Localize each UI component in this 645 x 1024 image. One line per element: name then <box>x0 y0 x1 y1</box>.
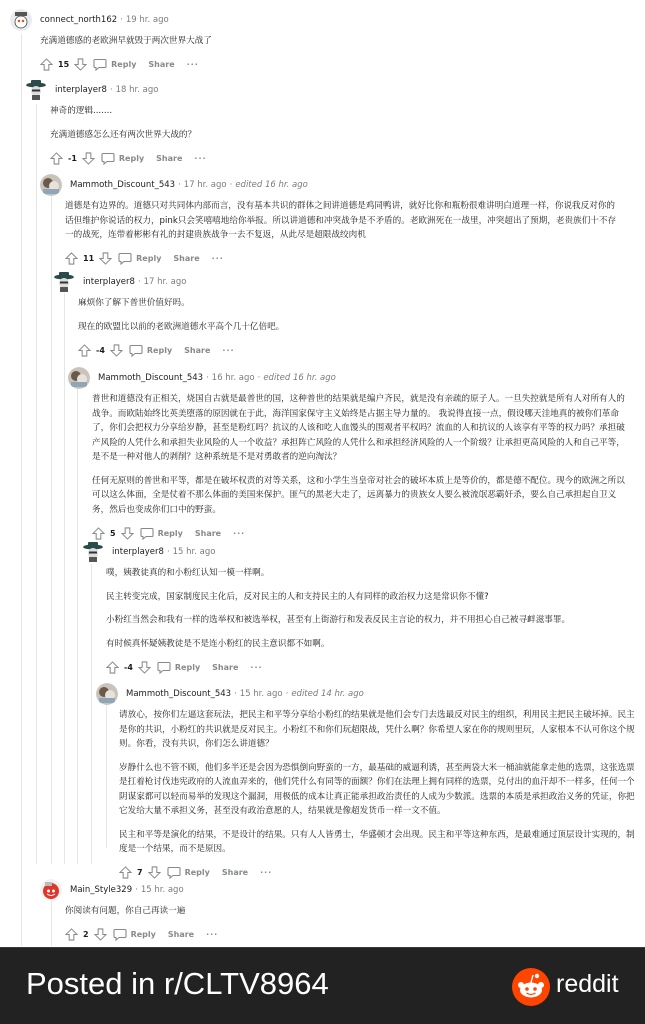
comment-paragraph: 现在的欧盟比以前的老欧洲道德水平高个几十亿倍吧。 <box>78 320 633 335</box>
more-options-button[interactable]: ··· <box>250 663 262 672</box>
share-button[interactable]: Share <box>156 154 182 163</box>
separator: · <box>138 277 141 287</box>
edited-label: edited 14 hr. ago <box>291 689 363 699</box>
comment-paragraph: 任何无原则的普世和平等，都是在破坏权责的对等关系，这和小学生当皇帝对社会的破坏本… <box>92 474 632 518</box>
reply-button[interactable]: Reply <box>185 868 210 877</box>
comment-bubble-icon[interactable] <box>118 252 132 265</box>
username[interactable]: Mammoth_Discount_543 <box>70 180 175 190</box>
comment: connect_north162 · 19 hr. ago 充满道德感的老欧洲早… <box>10 8 630 74</box>
username[interactable]: interplayer8 <box>55 85 107 95</box>
share-button[interactable]: Share <box>212 663 238 672</box>
upvote-icon[interactable] <box>65 928 78 941</box>
comment-body: 麻烦你了解下普世价值好吗。 现在的欧盟比以前的老欧洲道德水平高个几十亿倍吧。 <box>78 296 633 334</box>
username[interactable]: connect_north162 <box>40 15 117 25</box>
username[interactable]: Mammoth_Discount_543 <box>126 689 231 699</box>
comment-body: 道德是有边界的。道德只对共同体内部而言，没有基本共识的群体之间讲道德是鸡同鸭讲，… <box>65 199 620 243</box>
comment-paragraph: 神奇的逻辑....... <box>50 104 625 119</box>
separator: · <box>167 547 170 557</box>
separator: · <box>120 15 123 25</box>
comment-body: 普世和道德没有正相关，烧国自古就是最普世的国，这种普世的结果就是编户齐民，就是没… <box>92 392 632 517</box>
share-button[interactable]: Share <box>148 60 174 69</box>
share-button[interactable]: Share <box>195 529 221 538</box>
reply-button[interactable]: Reply <box>131 930 156 939</box>
comment-body: 你阅读有问题，你自己再读一遍 <box>65 904 630 919</box>
more-options-button[interactable]: ··· <box>222 346 234 355</box>
separator: · <box>110 85 113 95</box>
comment: interplayer8 · 15 hr. ago 噗，姨教徒真的和小粉红认知一… <box>82 540 642 676</box>
more-options-button[interactable]: ··· <box>233 529 245 538</box>
comment-bubble-icon[interactable] <box>140 527 154 540</box>
comment: Main_Style329 · 15 hr. ago 你阅读有问题，你自己再读一… <box>40 878 630 944</box>
more-options-button[interactable]: ··· <box>206 930 218 939</box>
avatar[interactable] <box>96 683 118 705</box>
username[interactable]: Mammoth_Discount_543 <box>98 373 203 383</box>
comment: interplayer8 · 17 hr. ago 麻烦你了解下普世价值好吗。 … <box>53 270 633 359</box>
comment-paragraph: 麻烦你了解下普世价值好吗。 <box>78 296 633 311</box>
timestamp[interactable]: 15 hr. ago <box>141 885 184 895</box>
comment-actions: 11 Reply Share ··· <box>65 250 632 268</box>
comment-paragraph: 你阅读有问题，你自己再读一遍 <box>65 904 630 919</box>
separator: · <box>286 689 289 699</box>
reply-button[interactable]: Reply <box>147 346 172 355</box>
avatar[interactable] <box>68 367 90 389</box>
comment-actions: -1 Reply Share ··· <box>50 149 625 167</box>
reddit-logo-icon <box>512 968 550 1006</box>
downvote-icon[interactable] <box>99 252 112 265</box>
comment: interplayer8 · 18 hr. ago 神奇的逻辑....... 充… <box>25 78 625 167</box>
comment-actions: 15 Reply Share ··· <box>40 56 630 74</box>
comment-paragraph: 有时候真怀疑姨教徒是不是连小粉红的民主意识都不如啊。 <box>106 637 636 652</box>
vote-score: 11 <box>83 254 94 263</box>
reply-button[interactable]: Reply <box>158 529 183 538</box>
edited-label: edited 16 hr. ago <box>235 180 307 190</box>
avatar[interactable] <box>40 174 62 196</box>
downvote-icon[interactable] <box>74 58 87 71</box>
avatar[interactable] <box>53 271 75 293</box>
comment-bubble-icon[interactable] <box>129 344 143 357</box>
separator: · <box>206 373 209 383</box>
comment-bubble-icon[interactable] <box>93 58 107 71</box>
reply-button[interactable]: Reply <box>136 254 161 263</box>
downvote-icon[interactable] <box>121 527 134 540</box>
avatar[interactable] <box>82 541 104 563</box>
comment-body: 神奇的逻辑....... 充满道德感怎么还有两次世界大战的？ <box>50 104 625 142</box>
comment-paragraph: 普世和道德没有正相关，烧国自古就是最普世的国，这种普世的结果就是编户齐民，就是没… <box>92 392 632 465</box>
more-options-button[interactable]: ··· <box>260 868 272 877</box>
comment-paragraph: 请放心，按你们左逼这套玩法，把民主和平等分享给小粉红的结果就是他们会专门去选最反… <box>119 708 637 752</box>
separator: · <box>258 373 261 383</box>
avatar[interactable] <box>10 9 32 31</box>
share-button[interactable]: Share <box>184 346 210 355</box>
upvote-icon[interactable] <box>40 58 53 71</box>
vote-score: -1 <box>68 154 77 163</box>
downvote-icon[interactable] <box>82 152 95 165</box>
comment-body: 请放心，按你们左逼这套玩法，把民主和平等分享给小粉红的结果就是他们会专门去选最反… <box>119 708 637 857</box>
avatar[interactable] <box>25 79 47 101</box>
separator: · <box>230 180 233 190</box>
downvote-icon[interactable] <box>110 344 123 357</box>
comment-thread: connect_north162 · 19 hr. ago 充满道德感的老欧洲早… <box>0 0 645 946</box>
more-options-button[interactable]: ··· <box>212 254 224 263</box>
timestamp[interactable]: 15 hr. ago <box>173 547 216 557</box>
upvote-icon[interactable] <box>78 344 91 357</box>
reddit-wordmark: reddit <box>556 970 619 999</box>
upvote-icon[interactable] <box>106 661 119 674</box>
share-button[interactable]: Share <box>173 254 199 263</box>
comment-bubble-icon[interactable] <box>157 661 171 674</box>
more-options-button[interactable]: ··· <box>194 154 206 163</box>
comment-actions: 2 Reply Share ··· <box>65 926 630 944</box>
comment-paragraph: 充满道德感的老欧洲早就毁于两次世界大战了 <box>40 34 630 49</box>
vote-score: -4 <box>96 346 105 355</box>
timestamp[interactable]: 17 hr. ago <box>144 277 187 287</box>
username[interactable]: interplayer8 <box>112 547 164 557</box>
timestamp[interactable]: 16 hr. ago <box>212 373 255 383</box>
username[interactable]: interplayer8 <box>83 277 135 287</box>
share-button[interactable]: Share <box>168 930 194 939</box>
timestamp[interactable]: 17 hr. ago <box>184 180 227 190</box>
comment-paragraph: 岁静什么也不管不顾，他们多半还是会因为恐惧倒向野蛮的一方，最基础的威逼利诱，甚至… <box>119 761 637 819</box>
thread-line[interactable] <box>36 104 37 864</box>
username[interactable]: Main_Style329 <box>70 885 132 895</box>
comment-body: 噗，姨教徒真的和小粉红认知一模一样啊。 民主转变完成，国家制度民主化后，反对民主… <box>106 566 636 651</box>
separator: · <box>178 180 181 190</box>
vote-score: 15 <box>58 60 69 69</box>
posted-in-label[interactable]: Posted in r/CLTV8964 <box>26 966 329 1002</box>
vote-score: 5 <box>110 529 116 538</box>
thread-line[interactable] <box>21 34 22 946</box>
comment-paragraph: 噗，姨教徒真的和小粉红认知一模一样啊。 <box>106 566 636 581</box>
avatar[interactable] <box>40 879 62 901</box>
timestamp[interactable]: 18 hr. ago <box>116 85 159 95</box>
comment-paragraph: 道德是有边界的。道德只对共同体内部而言，没有基本共识的群体之间讲道德是鸡同鸭讲，… <box>65 199 620 243</box>
comment-paragraph: 民主和平等是演化的结果，不是设计的结果。只有人人皆勇士，华盛顿才会出现。民主和平… <box>119 828 637 857</box>
comment: Mammoth_Discount_543 · 16 hr. ago · edit… <box>68 366 638 542</box>
edited-label: edited 16 hr. ago <box>263 373 335 383</box>
comment-paragraph: 充满道德感怎么还有两次世界大战的？ <box>50 128 625 143</box>
reply-button[interactable]: Reply <box>119 154 144 163</box>
comment-actions: -4 Reply Share ··· <box>78 341 633 359</box>
posted-in-banner: Posted in r/CLTV8964 reddit <box>0 947 645 1024</box>
downvote-icon[interactable] <box>138 661 151 674</box>
vote-score: 7 <box>137 868 143 877</box>
timestamp[interactable]: 19 hr. ago <box>126 15 169 25</box>
comment: Mammoth_Discount_543 · 17 hr. ago · edit… <box>40 173 632 268</box>
thread-line[interactable] <box>64 292 65 864</box>
upvote-icon[interactable] <box>92 527 105 540</box>
comment-paragraph: 小粉红当然会和我有一样的选举权和被选举权，甚至有上街游行和发表反民主言论的权力，… <box>106 613 636 628</box>
timestamp[interactable]: 15 hr. ago <box>240 689 283 699</box>
share-button[interactable]: Share <box>222 868 248 877</box>
reply-button[interactable]: Reply <box>175 663 200 672</box>
comment-bubble-icon[interactable] <box>101 152 115 165</box>
separator: · <box>135 885 138 895</box>
comment-bubble-icon[interactable] <box>113 928 127 941</box>
comment: Mammoth_Discount_543 · 15 hr. ago · edit… <box>96 682 641 882</box>
upvote-icon[interactable] <box>50 152 63 165</box>
vote-score: 2 <box>83 930 89 939</box>
upvote-icon[interactable] <box>65 252 78 265</box>
reply-button[interactable]: Reply <box>111 60 136 69</box>
downvote-icon[interactable] <box>94 928 107 941</box>
more-options-button[interactable]: ··· <box>187 60 199 69</box>
thread-line[interactable] <box>51 196 52 864</box>
vote-score: -4 <box>124 663 133 672</box>
comment-paragraph: 民主转变完成，国家制度民主化后，反对民主的人和支持民主的人有同样的政治权力这是常… <box>106 590 636 605</box>
comment-actions: -4 Reply Share ··· <box>106 658 642 676</box>
comment-body: 充满道德感的老欧洲早就毁于两次世界大战了 <box>40 34 630 49</box>
separator: · <box>234 689 237 699</box>
